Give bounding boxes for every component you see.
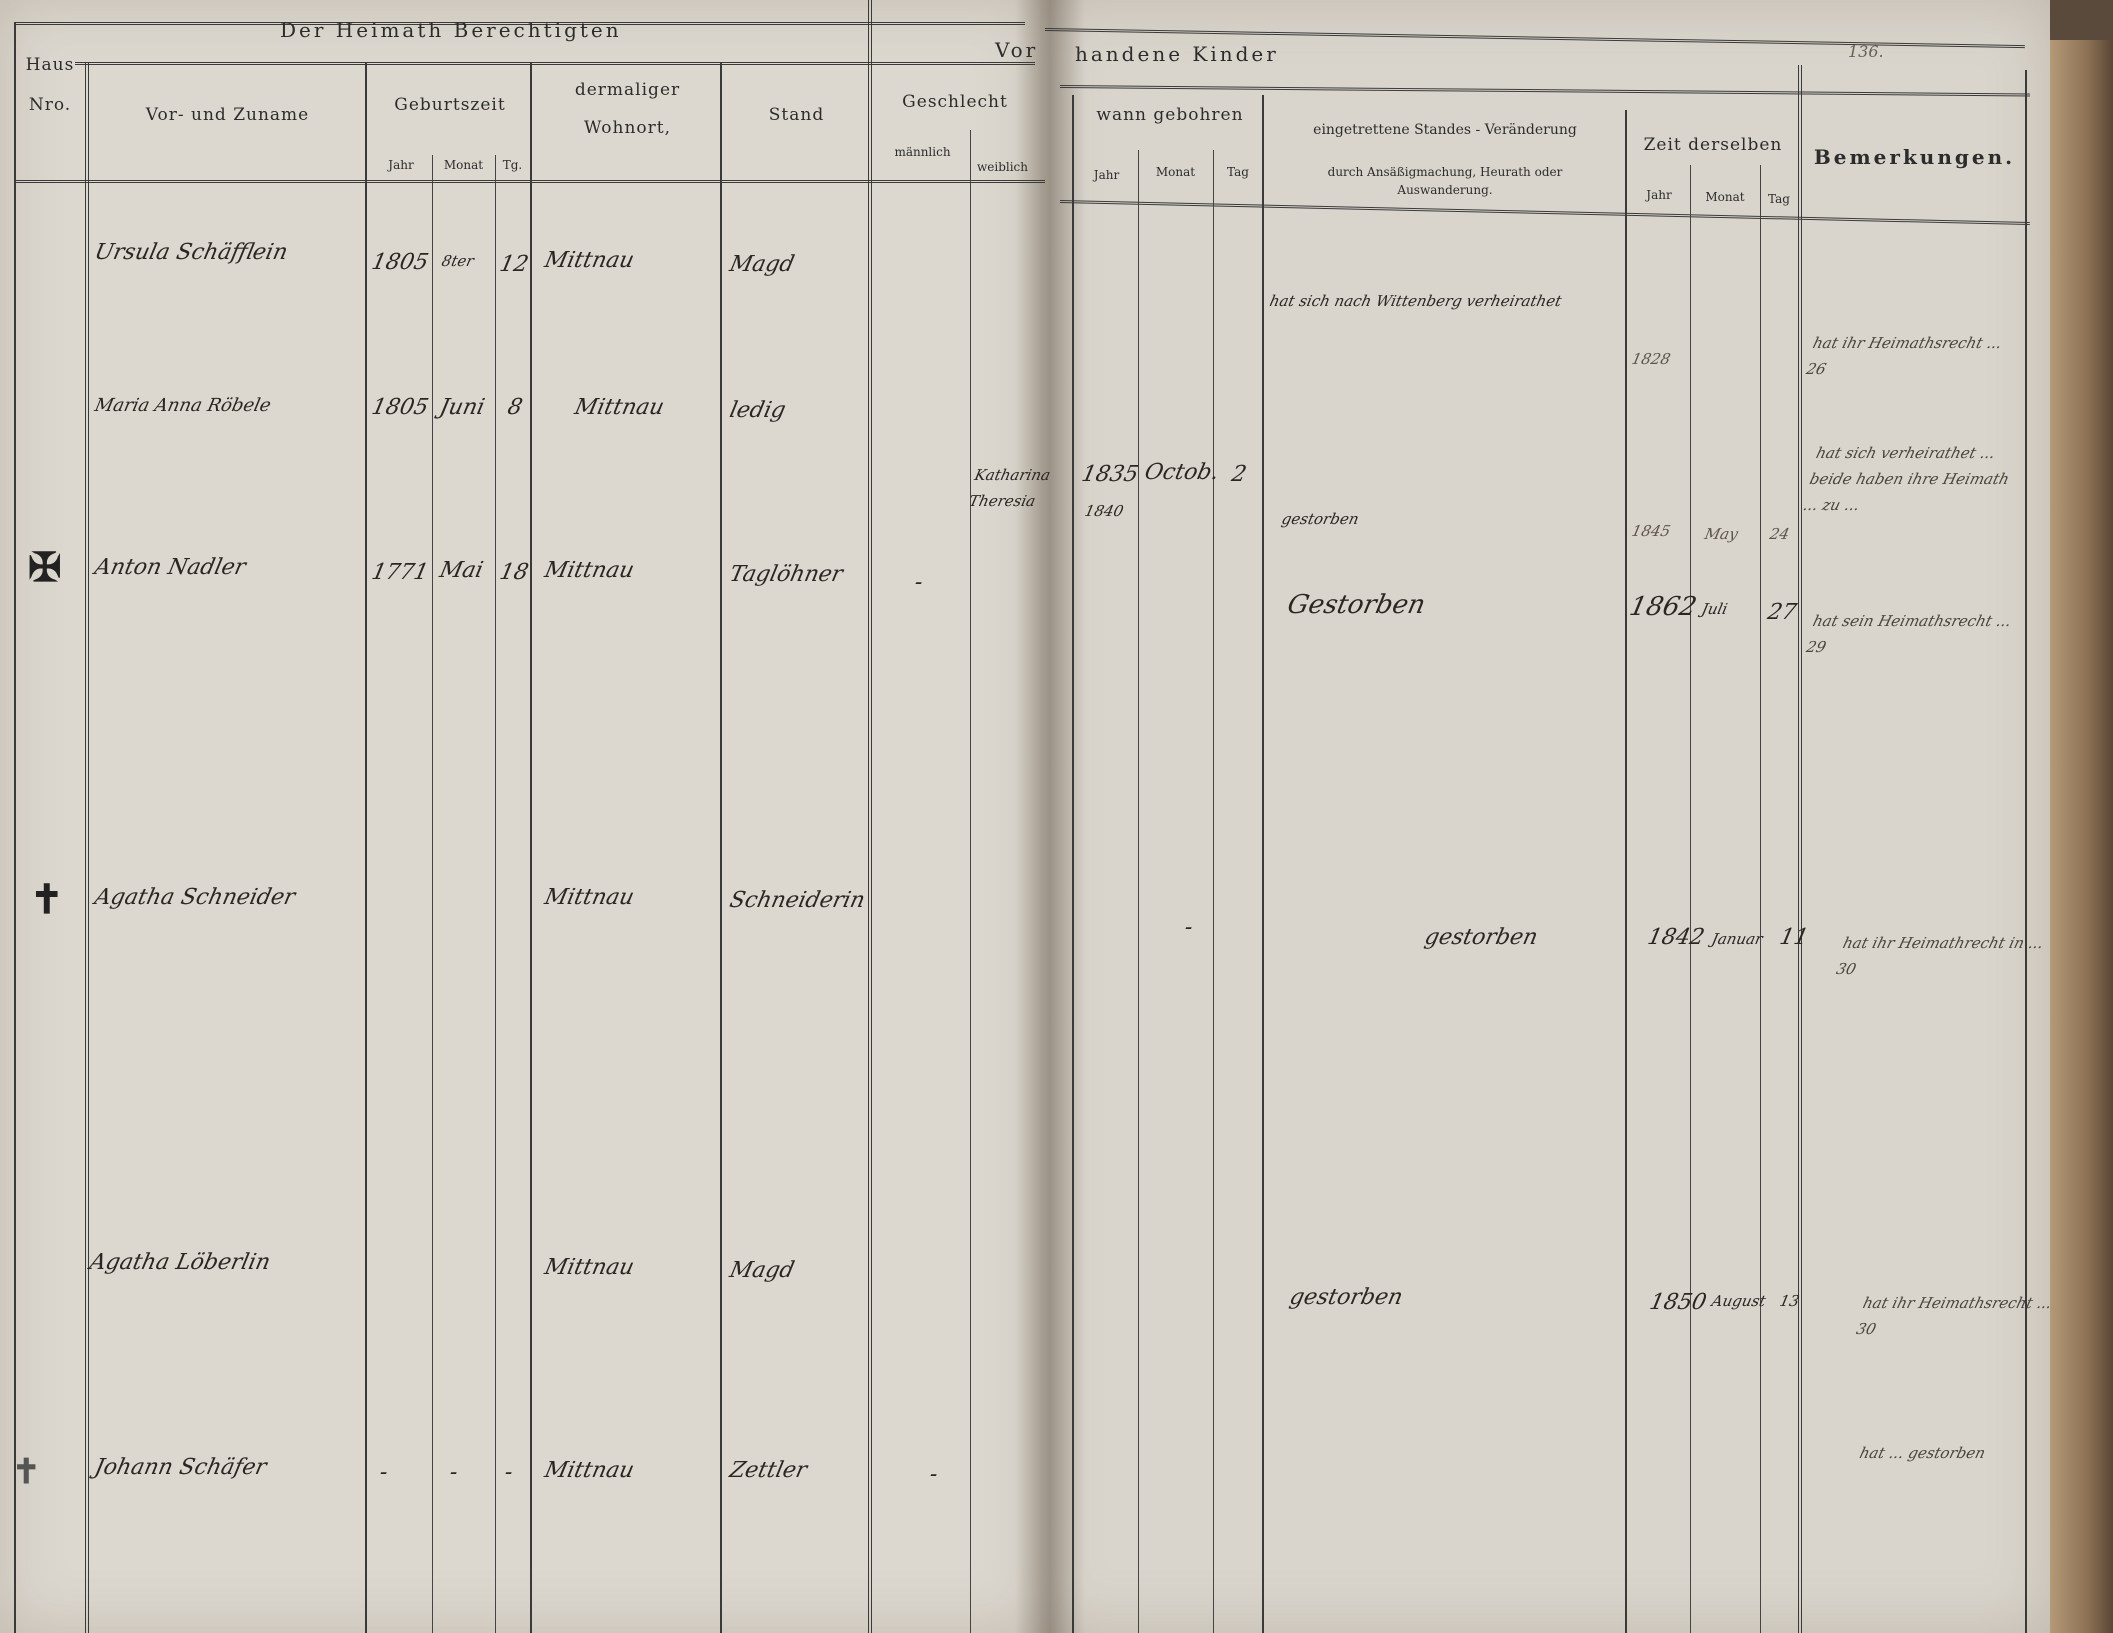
entry-change-year: 1850 [1647,1290,1708,1315]
rule [1072,95,1074,1633]
rule [2025,70,2027,1633]
entry-birth-month: Mai [437,558,485,583]
title-rule-left [75,62,1035,65]
rule [1690,165,1691,1633]
title-vorhandene-kinder: handene Kinder [1075,42,1279,66]
entry-status-change: Gestorben [1285,590,1428,620]
col-child-month: Monat [1138,165,1213,179]
rule [365,62,367,1633]
page-number: 136. [1848,42,1884,61]
entry-change-year: 1842 [1645,925,1706,950]
entry-stand: Magd [727,252,796,277]
entry-change-year: 1828 [1630,350,1672,368]
col-time-year: Jahr [1628,188,1690,202]
rule [14,22,16,1633]
rule [1213,150,1214,1633]
entry-birth-day: 18 [497,560,530,585]
col-child-year: Jahr [1075,168,1138,182]
right-page [1040,0,2050,1633]
rule [1262,95,1264,1633]
rule [1798,65,1802,1633]
rule [432,155,433,1633]
entry-change-year: 1862 [1627,592,1700,622]
col-status-change-detail: durch Ansäßigmachung, Heurath oder [1265,165,1625,179]
col-stand: Stand [725,105,868,125]
col-female: weiblich [970,160,1035,174]
book-edge [2050,40,2113,1633]
entry-remarks: hat ihr Heimathsrecht ... 26 [1804,330,2027,382]
col-time: Zeit derselben [1628,135,1798,155]
col-residence-line1: dermaliger [535,80,720,100]
entry-name: Johann Schäfer [92,1455,268,1480]
entry-residence: Mittnau [542,885,636,910]
entry-change-day: 27 [1765,600,1798,625]
entry-residence: Mittnau [542,1458,636,1483]
entry-stand: Schneiderin [727,888,867,913]
col-birth: Geburtszeit [370,95,530,115]
entry-name: Maria Anna Röbele [93,395,273,416]
col-status-change: eingetrettene Standes - Veränderung [1265,122,1625,138]
entry-remarks: hat ihr Heimathrecht in ... 30 [1834,930,2057,982]
entry-remarks: hat sich verheirathet ... beide haben ih… [1800,440,2029,518]
book-gutter [1015,0,1085,1633]
entry-birth-year: 1805 [369,250,430,275]
entry-stand: Magd [727,1258,796,1283]
entry-name: Anton Nadler [92,555,248,580]
rule [85,62,89,1633]
rule [970,130,971,1633]
entry-change-month: Juli [1700,600,1729,618]
rule [530,62,532,1633]
col-child-day: Tag [1213,165,1263,179]
col-birth-year: Jahr [370,158,432,172]
col-male: männlich [875,145,970,159]
col-status-change-detail2: Auswanderung. [1265,183,1625,197]
rule [1760,165,1761,1633]
col-name: Vor- und Zuname [90,105,365,125]
entry-birth-year: 1805 [369,395,430,420]
col-remarks: Bemerkungen. [1802,145,2027,169]
entry-status-change: gestorben [1287,1285,1405,1310]
entry-change-month: May [1703,525,1740,543]
entry-remarks: hat sein Heimathsrecht ... 29 [1804,608,2027,660]
entry-change-day: 11 [1777,925,1810,950]
col-nro: Nro. [15,95,85,115]
entry-name: Agatha Schneider [92,885,297,910]
entry-residence: Mittnau [542,558,636,583]
entry-residence: Mittnau [542,248,636,273]
col-haus: Haus [15,55,85,75]
death-cross-icon: ✝ [12,1455,41,1489]
entry-change-month: August [1710,1292,1767,1310]
entry-change-day: 24 [1768,525,1791,543]
col-birth-month: Monat [432,158,495,172]
entry-stand: Taglöhner [727,562,845,587]
entry-status-change: hat sich nach Wittenberg verheirathet [1268,292,1612,310]
rule [1625,110,1627,1633]
entry-status-change: gestorben [1280,510,1360,528]
entry-birth-year: 1771 [369,560,430,585]
col-born-when: wann gebohren [1075,105,1265,125]
col-residence-line2: Wohnort, [535,118,720,138]
entry-child-year-2: 1840 [1083,502,1125,520]
col-birth-day: Tg. [495,158,530,172]
title-heimath-berechtigten: Der Heimath Berechtigten [280,18,622,42]
entry-change-year: 1845 [1630,522,1672,540]
entry-birth-month: Juni [437,395,487,420]
entry-change-day: 13 [1778,1292,1801,1310]
entry-female-child: Katharina Theresia [966,462,1047,514]
entry-change-month: Januar [1710,930,1764,948]
entry-status-change: gestorben [1422,925,1540,950]
rule [495,155,496,1633]
entry-stand: Zettler [727,1458,809,1483]
entry-remarks: hat ... gestorben [1857,1440,2073,1466]
entry-name: Ursula Schäfflein [92,240,290,265]
entry-residence: Mittnau [572,395,666,420]
entry-birth-day: 12 [497,252,530,277]
entry-stand: ledig [727,398,788,423]
entry-birth-month: 8ter [440,252,475,270]
col-time-day: Tag [1760,192,1798,206]
entry-name: Agatha Löberlin [87,1250,272,1275]
entry-remarks: hat ihr Heimathsrecht ... 30 [1854,1290,2077,1342]
entry-child-year: 1835 [1079,462,1140,487]
rule [720,62,722,1633]
entry-child-month: Octob. [1142,460,1221,485]
rule [868,0,872,1633]
entry-residence: Mittnau [542,1255,636,1280]
col-time-month: Monat [1690,190,1760,204]
title-vor: Vor [995,38,1038,62]
rule [1138,150,1139,1633]
death-cross-icon: ✝ [30,880,64,920]
death-cross-icon: ✠ [28,548,62,588]
col-sex: Geschlecht [875,92,1035,112]
